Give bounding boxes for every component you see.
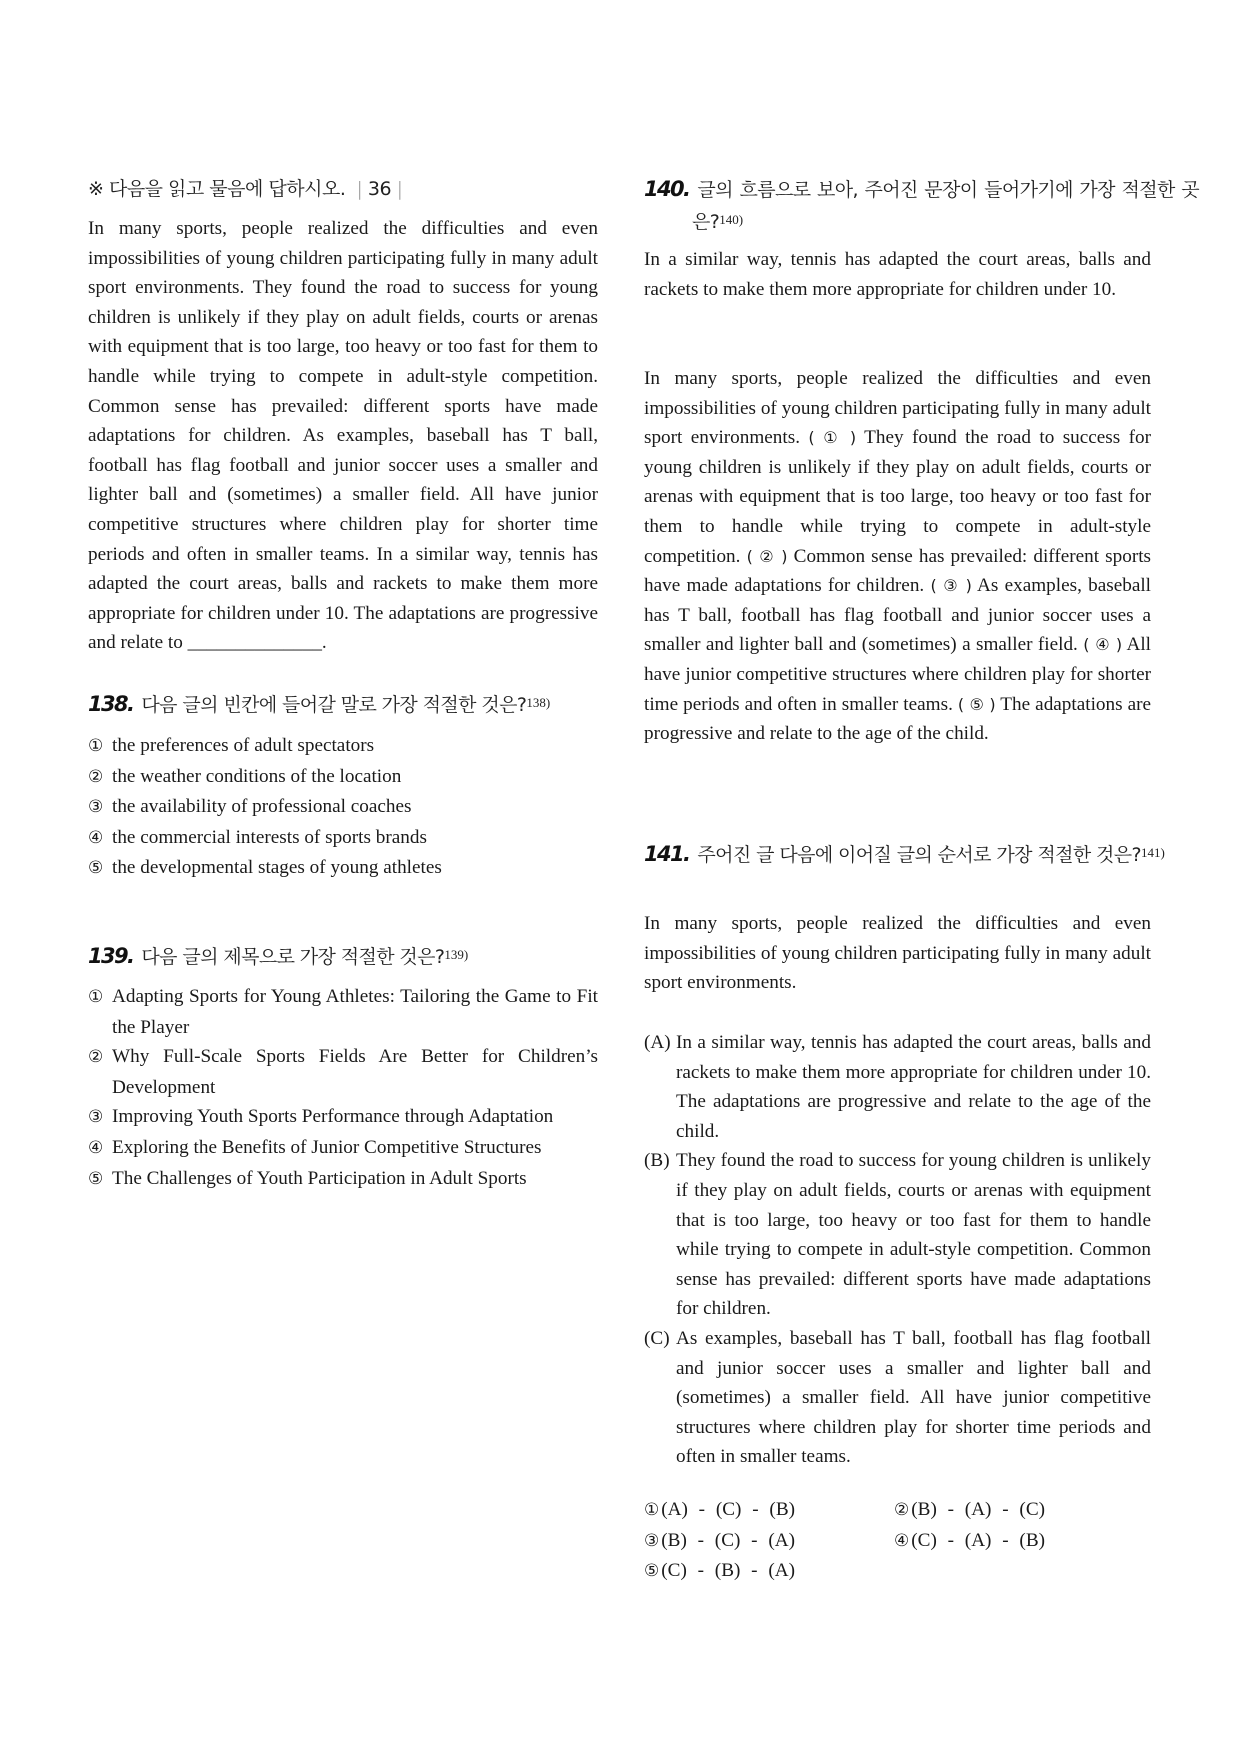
insertion-marker-4[interactable]: ( ④ ) — [1083, 635, 1122, 654]
option-marker: ① — [644, 1500, 659, 1520]
answer-option[interactable]: ⑤(C) - (B) - (A) — [644, 1556, 894, 1587]
paragraph-text: As examples, baseball has T ball, footba… — [676, 1328, 1151, 1467]
answer-option[interactable]: ⑤The Challenges of Youth Participation i… — [88, 1164, 598, 1195]
option-text: Adapting Sports for Young Athletes: Tail… — [112, 986, 598, 1038]
option-marker: ③ — [88, 793, 112, 823]
answer-option[interactable]: ⑤the developmental stages of young athle… — [88, 853, 598, 884]
answer-option[interactable]: ④the commercial interests of sports bran… — [88, 823, 598, 854]
question-141-header: 141.주어진 글 다음에 이어질 글의 순서로 가장 적절한 것은?141) — [644, 838, 1199, 870]
answer-option[interactable]: ①the preferences of adult spectators — [88, 731, 598, 762]
answer-option[interactable]: ③the availability of professional coache… — [88, 792, 598, 823]
question-141-options: ①(A) - (C) - (B) ②(B) - (A) - (C) ③(B) -… — [644, 1495, 1151, 1587]
question-prompt: 주어진 글 다음에 이어질 글의 순서로 가장 적절한 것은? — [697, 844, 1141, 866]
insertion-marker-2[interactable]: ( ② ) — [747, 547, 788, 566]
option-text: (C) - (A) - (B) — [911, 1530, 1045, 1551]
option-marker: ⑤ — [88, 854, 112, 884]
answer-option[interactable]: ②(B) - (A) - (C) — [894, 1495, 1144, 1526]
option-text: the commercial interests of sports brand… — [112, 827, 427, 848]
paragraph-text: In a similar way, tennis has adapted the… — [676, 1032, 1151, 1142]
option-text: Why Full-Scale Sports Fields Are Better … — [112, 1046, 598, 1098]
option-text: the preferences of adult spectators — [112, 735, 374, 756]
answer-option[interactable]: ③Improving Youth Sports Performance thro… — [88, 1102, 598, 1133]
paragraph-label: (B) — [644, 1146, 676, 1176]
option-marker: ⑤ — [644, 1561, 659, 1581]
question-140-header: 140.글의 흐름으로 보아, 주어진 문장이 들어가기에 가장 적절한 곳은?… — [644, 174, 1199, 237]
question-138-header: 138.다음 글의 빈칸에 들어갈 말로 가장 적절한 것은?138) — [88, 688, 598, 720]
question-number: 138. — [88, 692, 133, 716]
footnote-ref: 139) — [444, 947, 468, 962]
option-marker: ④ — [894, 1531, 909, 1551]
option-text: (B) - (A) - (C) — [911, 1499, 1045, 1520]
question-prompt: 다음 글의 빈칸에 들어갈 말로 가장 적절한 것은? — [141, 694, 526, 716]
answer-option[interactable]: ①Adapting Sports for Young Athletes: Tai… — [88, 982, 598, 1042]
option-marker: ① — [88, 983, 112, 1013]
option-text: The Challenges of Youth Participation in… — [112, 1168, 527, 1189]
option-marker: ④ — [88, 1134, 112, 1164]
answer-option[interactable]: ④Exploring the Benefits of Junior Compet… — [88, 1133, 598, 1164]
option-marker: ① — [88, 732, 112, 762]
paragraph-b: (B)They found the road to success for yo… — [644, 1146, 1151, 1324]
question-138-options: ①the preferences of adult spectators ②th… — [88, 731, 598, 884]
footnote-ref: 141) — [1141, 845, 1165, 860]
paragraph-c: (C)As examples, baseball has T ball, foo… — [644, 1324, 1151, 1472]
instruction-header: ※ 다음을 읽고 물음에 답하시오. | 36 | — [88, 174, 403, 201]
given-sentence: In a similar way, tennis has adapted the… — [644, 245, 1151, 304]
option-marker: ④ — [88, 824, 112, 854]
ordering-paragraphs: (A)In a similar way, tennis has adapted … — [644, 1028, 1151, 1472]
reading-passage: In many sports, people realized the diff… — [88, 214, 598, 658]
insertion-marker-3[interactable]: ( ③ ) — [930, 576, 971, 595]
insertion-passage: In many sports, people realized the diff… — [644, 364, 1151, 749]
option-marker: ② — [88, 1043, 112, 1073]
answer-option[interactable]: ②Why Full-Scale Sports Fields Are Better… — [88, 1042, 598, 1102]
question-prompt: 글의 흐름으로 보아, 주어진 문장이 들어가기에 가장 적절한 곳은? — [692, 179, 1199, 233]
question-139-header: 139.다음 글의 제목으로 가장 적절한 것은?139) — [88, 940, 598, 972]
option-text: the developmental stages of young athlet… — [112, 857, 442, 878]
answer-option[interactable]: ①(A) - (C) - (B) — [644, 1495, 894, 1526]
footnote-ref: 140) — [719, 212, 743, 227]
option-text: Exploring the Benefits of Junior Competi… — [112, 1137, 542, 1158]
option-text: the weather conditions of the location — [112, 766, 401, 787]
answer-option[interactable]: ④(C) - (A) - (B) — [894, 1526, 1144, 1557]
given-text: In many sports, people realized the diff… — [644, 909, 1151, 998]
question-number: 139. — [88, 944, 133, 968]
option-text: (B) - (C) - (A) — [661, 1530, 795, 1551]
option-text: Improving Youth Sports Performance throu… — [112, 1106, 553, 1127]
option-marker: ⑤ — [88, 1165, 112, 1195]
option-marker: ② — [88, 763, 112, 793]
footnote-ref: 138) — [526, 695, 550, 710]
answer-option[interactable]: ③(B) - (C) - (A) — [644, 1526, 894, 1557]
paragraph-label: (A) — [644, 1028, 676, 1058]
question-prompt: 다음 글의 제목으로 가장 적절한 것은? — [141, 946, 444, 968]
insertion-marker-5[interactable]: ( ⑤ ) — [958, 695, 996, 714]
passage-number: 36 — [368, 178, 391, 200]
question-number: 140. — [644, 177, 689, 201]
option-text: the availability of professional coaches — [112, 796, 411, 817]
option-text: (C) - (B) - (A) — [661, 1560, 795, 1581]
paragraph-text: They found the road to success for young… — [676, 1150, 1151, 1319]
option-marker: ③ — [644, 1531, 659, 1551]
paragraph-label: (C) — [644, 1324, 676, 1354]
option-text: (A) - (C) - (B) — [661, 1499, 795, 1520]
option-marker: ② — [894, 1500, 909, 1520]
answer-option[interactable]: ②the weather conditions of the location — [88, 762, 598, 793]
insertion-marker-1[interactable]: ( ① ) — [808, 428, 856, 447]
option-marker: ③ — [88, 1103, 112, 1133]
question-139-options: ①Adapting Sports for Young Athletes: Tai… — [88, 982, 598, 1194]
instruction-text: ※ 다음을 읽고 물음에 답하시오. — [88, 178, 345, 200]
question-number: 141. — [644, 842, 689, 866]
paragraph-a: (A)In a similar way, tennis has adapted … — [644, 1028, 1151, 1146]
